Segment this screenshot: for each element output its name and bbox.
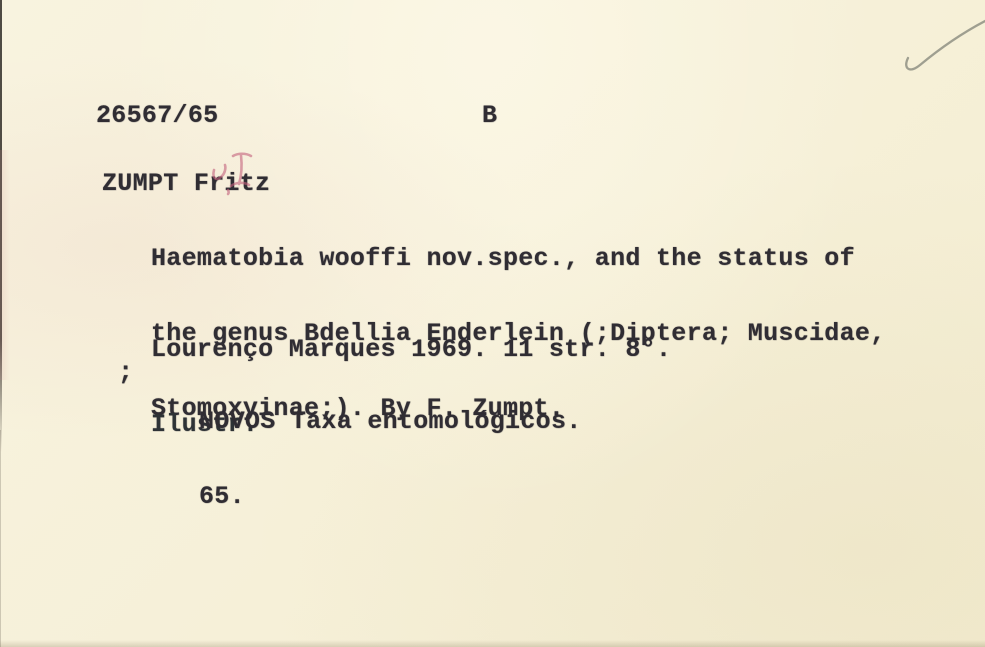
series-line: NOVOS Taxa entomológicos. [199, 409, 582, 434]
red-handwritten-mark [204, 146, 266, 198]
library-catalog-card: 26567/65 B ZUMPT Fritz Haematobia wooffi… [0, 0, 985, 647]
call-number: 26567/65 [96, 103, 218, 128]
title-line: Haematobia wooffi nov.spec., and the sta… [151, 246, 886, 271]
scan-edge-left [0, 0, 2, 452]
series-line: 65. [199, 484, 582, 509]
pencil-checkmark-icon [880, 8, 985, 80]
scan-edge-left-faint [0, 430, 1, 647]
series-block: NOVOS Taxa entomológicos. 65. [199, 359, 582, 559]
section-letter: B [482, 103, 497, 128]
series-marker: ; [118, 360, 133, 385]
